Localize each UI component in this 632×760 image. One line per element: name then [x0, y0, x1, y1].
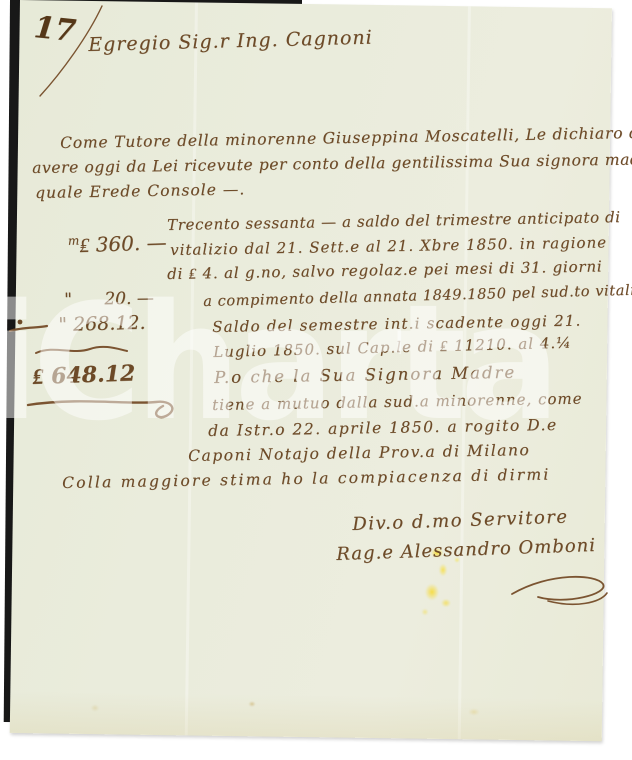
page-number: 17	[32, 10, 77, 49]
body-line: quale Erede Console —.	[35, 180, 245, 202]
ledger-amount: " 20. —	[64, 288, 154, 310]
ledger-amount: m₤ 360. —	[54, 206, 167, 259]
paper-fold-line	[185, 2, 198, 735]
ledger-amount: " 268.12.	[58, 312, 146, 336]
ledger-amount-total: ₤ 648.12	[32, 360, 136, 390]
amount-superscript: m	[68, 233, 80, 247]
paper-aging-band	[10, 691, 603, 741]
amount-value: ₤ 360. —	[79, 230, 167, 257]
